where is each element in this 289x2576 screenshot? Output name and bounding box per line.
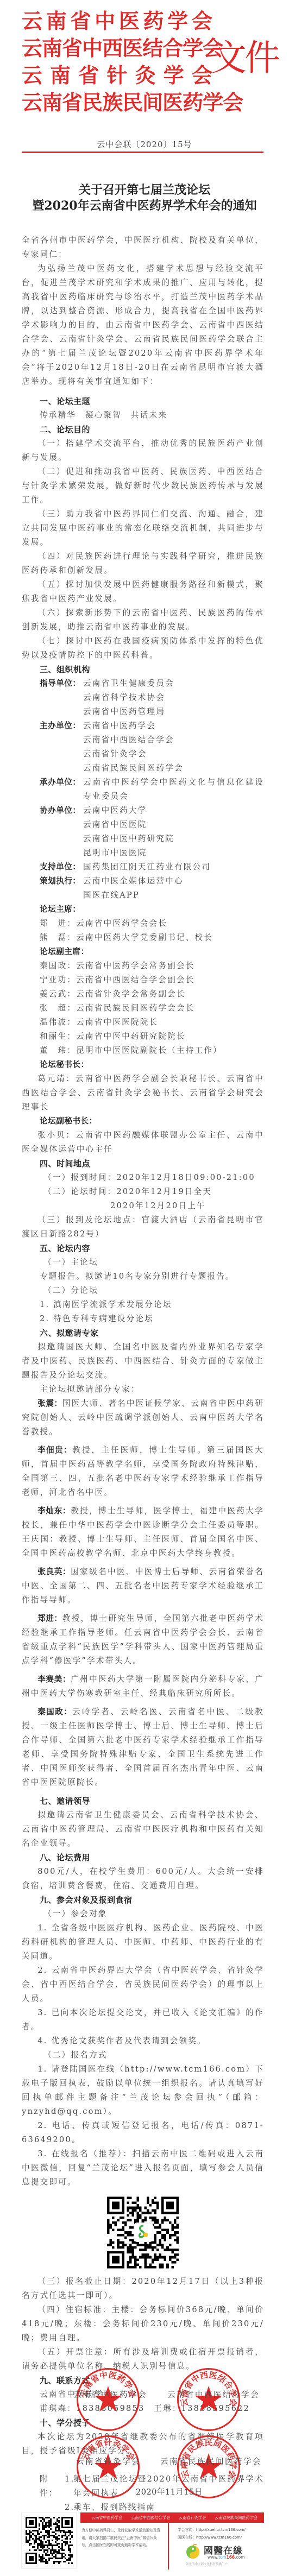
expert-bio: 张良英：国家级名中医、中医博士后导师、云南省荣誉名中医、全国第二、四、五批名老中… (22, 1565, 264, 1607)
organization-name: 云南省民族民间医药学会 (83, 761, 264, 775)
expert-name: 秦国政： (37, 1707, 72, 1716)
organization-row: 支持单位：国药集团江阴天江药业有限公司 (22, 860, 264, 874)
register-item: 1. 请登陆国医在线（http://www.tcm166.com）下载电子版回执… (22, 2062, 264, 2119)
section-heading-theme: 一、论坛主题 (22, 394, 264, 408)
document-number: 云中会联〔2020〕15号 (0, 138, 289, 150)
register-label: （二）报名方式 (22, 2048, 264, 2062)
forum-vice-chair-label: 论坛副主席： (22, 945, 264, 959)
organization-role-label: 协办单位： (40, 804, 83, 860)
letterhead-char: 西 (102, 35, 122, 62)
section-heading-purpose: 二、论坛目的 (22, 422, 264, 437)
leaders-text: 拟邀请云南省卫生健康委员会、云南省科学技术协会、云南省中医药管理局、云南省中医医… (22, 1808, 264, 1851)
organization-name: 云南中医全媒体运营中心 (83, 874, 264, 888)
sub-forum-label: （二）分论坛 (22, 1284, 264, 1298)
letterhead-char: 药 (183, 89, 203, 116)
deadline: （三）报名截止日期：2020年12月17日（以上3种报名方式任选其一即可）。 (22, 2275, 264, 2303)
footer-org: 云南省中医药学会 (91, 2515, 123, 2521)
organization-role-label: 指导单位： (40, 677, 83, 719)
official-seal-icon: 云南省针灸学会 (77, 2435, 140, 2498)
organization-values: 云南省卫生健康委员会云南省科学技术协会云南省中医药管理局 (83, 677, 264, 719)
letterhead-char: 民 (122, 89, 142, 116)
forum-vice-chair: 董 玮：昆明市中医医院副院长（主持工作） (22, 1044, 264, 1058)
forum-vice-chair: 张 超：云南省民族民间医药学会会长 (22, 1001, 264, 1015)
organization-role-label: 主办单位： (40, 719, 83, 775)
letterhead-char: 南 (42, 89, 62, 116)
section-heading-experts: 六、拟邀请专家 (22, 1326, 264, 1340)
letterhead-char: 南 (50, 62, 70, 89)
letterhead-char: 云 (22, 89, 42, 116)
attendee-item: 3. 已向本次论坛提交论文，并已收入《论文汇编》的作者。 (22, 2006, 264, 2034)
letterhead-char: 针 (106, 62, 127, 89)
footer-note: 为方便中医药界同仁，及时获取学术活动通知及资讯，请大家扫描二维码关注“云南中医”… (81, 2527, 163, 2549)
expert-name: 李赛美： (37, 1675, 71, 1684)
forum-secretary-label: 论坛秘书长： (22, 1058, 264, 1072)
seal-ring-text: 云南省针灸学会 (78, 2437, 138, 2497)
expert-name: 李佃贵： (37, 1445, 72, 1455)
signatory-name: 云南省民族民间医药学会 (160, 2455, 262, 2467)
letterhead-char: 云 (22, 35, 42, 62)
sub-forum-item: 2. 特色专科专病建设分论坛 (22, 1312, 264, 1326)
purpose-item: （四）对民族医药进行理论与实践科学研究，推进民族医药传承和创新发展。 (22, 550, 264, 578)
signature-block: 云南省中医药学会 云南省中西医结合学会 云南省针灸学会 云南省民族民间医药学会 … (0, 2365, 289, 2501)
expert-bio: 张震：国医大师、著名中医证候学家、云南省中医中药研究院创始人、云岭中医疏调学派创… (22, 1397, 264, 1439)
forum-secretary: 葛元靖：云南省中医药学会副会长兼秘书长、云南省中西医结合学会、云南省针灸学会秘书… (22, 1072, 264, 1114)
letterhead-org-name: 云南省民族民间医药学会 (22, 89, 212, 116)
purpose-item: （二）促进和推动我省中医药、民族医药、中西医结合与针灸学术繁荣发展，做好新时代少… (22, 465, 264, 507)
organization-values: 国药集团江阴天江药业有限公司 (83, 860, 264, 874)
footer-banner: 云南省中医药学会 云南省中西医结合学会 云南省针灸学会 云南省民族民间医药学会 … (22, 2512, 264, 2569)
section-heading-organization: 三、组织机构 (22, 662, 264, 677)
letterhead-char: 云 (22, 8, 42, 35)
organization-name: 云南省中医药学会 (83, 719, 264, 733)
forum-deputy-secretary: 张小贝：云南省中医药融媒体联盟办公室主任、云南中医全媒体运营中心主任 (22, 1128, 264, 1157)
main-forum-desc: 专题报告。拟邀请10名专家分别进行专题报告。 (22, 1270, 264, 1284)
letterhead-char: 省 (62, 35, 82, 62)
letterhead-char: 省 (70, 8, 90, 35)
forum-vice-chair: 秦国政：云南省中医药学会常务副会长 (22, 959, 264, 973)
notice-body: 全省各州市中医药学会，中医医疗机构、院校及有关单位，专家同仁： 为弘扬兰茂中医药… (22, 233, 264, 2515)
letterhead-char: 药 (143, 8, 164, 35)
organization-name: 云南省中医医院 (83, 818, 264, 832)
section-heading-content: 五、论坛内容 (22, 1241, 264, 1255)
section-heading-leaders: 七、邀请领导 (22, 1794, 264, 1808)
letterhead-char: 结 (142, 35, 162, 62)
yunnan-tcm-logo-icon (134, 2223, 153, 2242)
purpose-item: （一）搭建学术交流平台，推动优秀的民族医药产业创新与发展。 (22, 437, 264, 465)
letterhead-org-name: 云南省针灸学会 (22, 62, 212, 89)
experts-sub-intro: 主论坛拟邀请部分专家： (22, 1382, 264, 1397)
logo-url-highlight: tcm (218, 2555, 226, 2560)
forum-chair: 郑 进：云南省中医药学会会长 (22, 917, 264, 931)
organization-name: 国药集团江阴天江药业有限公司 (83, 860, 264, 874)
signatory-name: 云南省中医药学会 (73, 2389, 147, 2400)
letterhead-char: 合 (162, 35, 183, 62)
organization-name: 云南省中西医结合学会 (83, 733, 264, 747)
forum-deputy-secretary-label: 论坛副秘书长： (22, 1114, 264, 1128)
expert-bio: 郑进：教授，博士研究生导师，全国第六批老中医药学术经验继承工作指导老师。任云南省… (22, 1612, 264, 1668)
organization-row: 主办单位：云南省中医药学会云南省中西医结合学会云南省针灸学会云南省民族民间医药学… (22, 719, 264, 775)
logo-url: www.tcm166.com (208, 2555, 245, 2560)
attendees-label: （一）参会对象 (22, 1907, 264, 1921)
footer-divider (168, 2523, 169, 2569)
letterhead-char: 中 (82, 35, 102, 62)
letterhead-char: 会 (192, 62, 212, 89)
organization-name: 昆明市中医医院 (83, 846, 264, 860)
expert-name: 张良英： (37, 1567, 71, 1576)
notice-title: 关于召开第七届兰茂论坛 暨2020年云南省中医药界学术年会的通知 (0, 182, 289, 214)
purpose-item: （五）探讨加快发展中医药健康服务路径和新模式，聚焦我省中医药产业发展。 (22, 578, 264, 606)
organization-name: 云南省针灸学会 (83, 747, 264, 761)
letterhead-char: 民 (82, 89, 102, 116)
forum-vice-chair: 姜云武：云南省针灸学会常务副会长 (22, 987, 264, 1001)
expert-bio: 秦国政：云岭学者、云岭名医、云南省名中医、二级教授、一级主任医师医学博士、博士后… (22, 1705, 264, 1790)
qr-code-icon[interactable] (107, 2196, 179, 2269)
organization-values: 云南省中医药学会中医药文化与信息化建设专业委员会 (83, 775, 264, 804)
society-website-link[interactable]: 学会官网：http://xuehui.tcm166.com/ (178, 2527, 265, 2534)
expert-bio: 李赛美：广州中医药大学第一附属医院内分泌科专家、广州中医药大学伤寒教研室主任、经… (22, 1672, 264, 1701)
venue: （三）报到及论坛地点：官渡大酒店（云南省昆明市官渡区日新路282号） (22, 1213, 264, 1241)
section-heading-attendees: 九、参会对象及报到食宿 (22, 1893, 264, 1907)
logo-url-prefix: www. (208, 2555, 218, 2560)
organization-role-label: 策划执行： (40, 874, 83, 902)
forum-chair: 熊 磊：云南中医药大学党委副书记、校长 (22, 931, 264, 945)
expert-bio: 李灿东：教授，博士生导师，医学博士，福建中医药大学校长，兼任中华中医药学会中医诊… (22, 1504, 264, 1561)
organization-name: 云南省中医药学会中医药文化与信息化建设专业委员会 (83, 775, 264, 804)
expert-bio: 李佃贵：教授，主任医师，博士生导师。第三届国医大师，首届中医药高等教学名师，享受… (22, 1443, 264, 1500)
experts-intro: 拟邀请国医大师、全国名中医及省内外业界知名专家学者及中医药、民族医药、中西医结合… (22, 1340, 264, 1382)
letterhead-file-label: 文件 (211, 34, 278, 83)
letterhead-char: 省 (62, 89, 82, 116)
letterhead-orgs: 云南省中医药学会云南省中西医结合学会云南省针灸学会云南省民族民间医药学会 (22, 8, 212, 116)
letterhead-char: 间 (142, 89, 162, 116)
purpose-item: （三）助力我省中医药界同仁们交流、沟通、融合，建立共同发展中医药事业的常态化联络… (22, 507, 264, 550)
wechat-qr-code-icon[interactable] (22, 2512, 76, 2568)
footer-org: 云南省民族民间医药学会 (215, 2515, 257, 2521)
red-divider (22, 151, 263, 153)
organization-row: 指导单位：云南省卫生健康委员会云南省科学技术协会云南省中医药管理局 (22, 677, 264, 719)
organization-row: 协办单位：云南中医药大学云南省中医医院云南省中医中药研究院昆明市中医医院 (22, 804, 264, 860)
forum-time-2: 2020年12月20日上午 (22, 1199, 264, 1213)
fees-text: 800元/人，在校学生费用：600元/人。大会统一安排食宿，培训费含餐费，住宿、… (22, 1865, 264, 1893)
footer-org: 云南省中西医结合学会 (131, 2515, 170, 2521)
title-line-2: 暨2020年云南省中医药界学术年会的通知 (0, 198, 289, 214)
organization-name: 云南省卫生健康委员会 (83, 677, 264, 691)
signatory-name: 云南省针灸学会 (76, 2455, 141, 2467)
attendee-item: 1. 全省各级中医医疗机构、医药企业、医药院校、中医药科研机构的管理人员、中医师… (22, 1921, 264, 1963)
salutation: 全省各州市中医药学会，中医医疗机构、院校及有关单位，专家同仁： (22, 233, 264, 262)
lodging: （四）住宿标准：主楼：会务标间价368元/晚、单间价418元/晚；东楼：会务标间… (22, 2303, 264, 2345)
organization-name: 国医在线APP (83, 888, 264, 902)
expert-list: 张震：国医大师、著名中医证候学家、云南省中医中药研究院创始人、云岭中医疏调学派创… (22, 1397, 264, 1790)
intro-paragraph: 为弘扬兰茂中医药文化，搭建学术思想与经验交流平台，促进兰茂学术研究和学术成果的推… (22, 262, 264, 389)
forum-vice-chair: 温伟波：云南省中医医院院长 (22, 1015, 264, 1030)
letterhead-char: 族 (102, 89, 122, 116)
expert-name: 李灿东： (37, 1506, 71, 1516)
attendee-item: 2. 云南省中医药界四大学会（省中医药学会、省针灸学会、省中西医结合学会、省民族… (22, 1963, 264, 2006)
letterhead-char: 会 (192, 8, 212, 35)
logo-tagline: 领先的中医药文化科普传播门户 (186, 2562, 228, 2566)
forum-time: （二）论坛时间：2020年12月19日全天 (22, 1185, 264, 1199)
letterhead-org-name: 云南省中医药学会 (22, 8, 212, 35)
purpose-item: （六）探索新形势下的云南省中医药、民族医药的传承创新发展，助推云南省中医药事业的… (22, 606, 264, 634)
footer-org: 云南省针灸学会 (179, 2515, 206, 2521)
letterhead-char: 中 (95, 8, 115, 35)
purpose-list: （一）搭建学术交流平台，推动优秀的民族医药产业创新与发展。 （二）促进和推动我省… (22, 437, 264, 662)
expert-description: 云岭学者、云岭名医、云南省名中医、二级教授、一级主任医师医学博士、博士后、博士生… (22, 1707, 264, 1787)
checkin-time: （一）报到时间：2020年12月18日09:00-21:00 (22, 1171, 264, 1185)
organization-name: 云南中医药大学 (83, 804, 264, 818)
letterhead-char: 医 (122, 35, 142, 62)
footer-links: 学会官网：http://xuehui.tcm166.com/ 国医在线：http… (178, 2527, 265, 2541)
letterhead-char: 南 (46, 8, 66, 35)
main-forum-label: （一）主论坛 (22, 1255, 264, 1270)
guoyi-online-link[interactable]: 国医在线：http://www.tcm166.com/ (178, 2534, 265, 2542)
register-item: 3. 在线报名（推荐）：扫描云南中医二维码或进入云南中医微信，回复“兰茂论坛”进… (22, 2147, 264, 2189)
letterhead-char: 学 (203, 89, 223, 116)
organization-values: 云南省中医药学会云南省中西医结合学会云南省针灸学会云南省民族民间医药学会 (83, 719, 264, 775)
organization-values: 云南中医全媒体运营中心国医在线APP (83, 874, 264, 902)
organization-row: 策划执行：云南中医全媒体运营中心国医在线APP (22, 874, 264, 902)
register-item: 2. 电话、传真或短信登记报名，电话/传真：0871-63649200。 (22, 2119, 264, 2147)
footer-org-bar: 云南省中医药学会 云南省中西医结合学会 云南省针灸学会 云南省民族民间医药学会 (80, 2512, 264, 2523)
organization-name: 云南省科学技术协会 (83, 691, 264, 705)
forum-theme: 传承精华 凝心聚智 共话未来 (22, 408, 264, 422)
organization-role-label: 承办单位： (40, 775, 83, 804)
guoyi-logo-mark-icon (185, 2543, 201, 2560)
signature-date: 2020年11月15日 (136, 2486, 203, 2497)
letterhead-char: 学 (164, 62, 184, 89)
expert-name: 郑进： (37, 1614, 62, 1623)
organization-list: 指导单位：云南省卫生健康委员会云南省科学技术协会云南省中医药管理局主办单位：云南… (22, 677, 264, 902)
letterhead-char: 云 (22, 62, 42, 89)
expert-name: 张震： (37, 1399, 62, 1408)
organization-name: 云南省中医药管理局 (83, 705, 264, 719)
title-line-1: 关于召开第七届兰茂论坛 (0, 182, 289, 198)
organization-role-label: 支持单位： (40, 860, 83, 874)
letterhead-org-name: 云南省中西医结合学会 (22, 35, 212, 62)
logo-url-suffix: .com (235, 2555, 244, 2560)
purpose-item: （七）探讨中医药在我国疫病预防体系中发挥的特色优势以及疫情防控下的中医药科普。 (22, 634, 264, 662)
organization-row: 承办单位：云南省中医药学会中医药文化与信息化建设专业委员会 (22, 775, 264, 804)
logo-url-number: 166 (226, 2555, 235, 2560)
attendee-item: 4. 优秀论文获奖作者及代表请到会领奖。 (22, 2034, 264, 2048)
letterhead-char: 医 (162, 89, 183, 116)
document-page: 云南省中医药学会云南省中西医结合学会云南省针灸学会云南省民族民间医药学会 文件 … (0, 0, 289, 2576)
guoyi-online-logo[interactable]: 國醫在線 www.tcm166.com 领先的中医药文化科普传播门户 (185, 2542, 266, 2569)
letterhead-char: 会 (223, 89, 243, 116)
forum-vice-chair: 宁亚功：云南省中西医结合学会副会长 (22, 973, 264, 987)
section-heading-fees: 八、论坛费用 (22, 1851, 264, 1865)
registration-qr-wrap (22, 2189, 264, 2275)
letterhead-char: 灸 (135, 62, 155, 89)
forum-chair-label: 论坛主席： (22, 902, 264, 917)
section-heading-time-place: 四、时间地点 (22, 1157, 264, 1171)
organization-name: 云南省中医中药研究院 (83, 832, 264, 846)
letterhead-char: 省 (78, 62, 98, 89)
letterhead-char: 学 (183, 35, 203, 62)
sub-forum-item: 1. 滇南医学流派学术发展分论坛 (22, 1298, 264, 1312)
forum-vice-chair: 和丽生：云南省中医中药研究院院长 (22, 1030, 264, 1044)
signatory-name: 云南省中西医结合学会 (167, 2389, 260, 2400)
organization-values: 云南中医药大学云南省中医医院云南省中医中药研究院昆明市中医医院 (83, 804, 264, 860)
letterhead-char: 医 (119, 8, 139, 35)
letterhead-char: 南 (42, 35, 62, 62)
letterhead-char: 学 (167, 8, 187, 35)
